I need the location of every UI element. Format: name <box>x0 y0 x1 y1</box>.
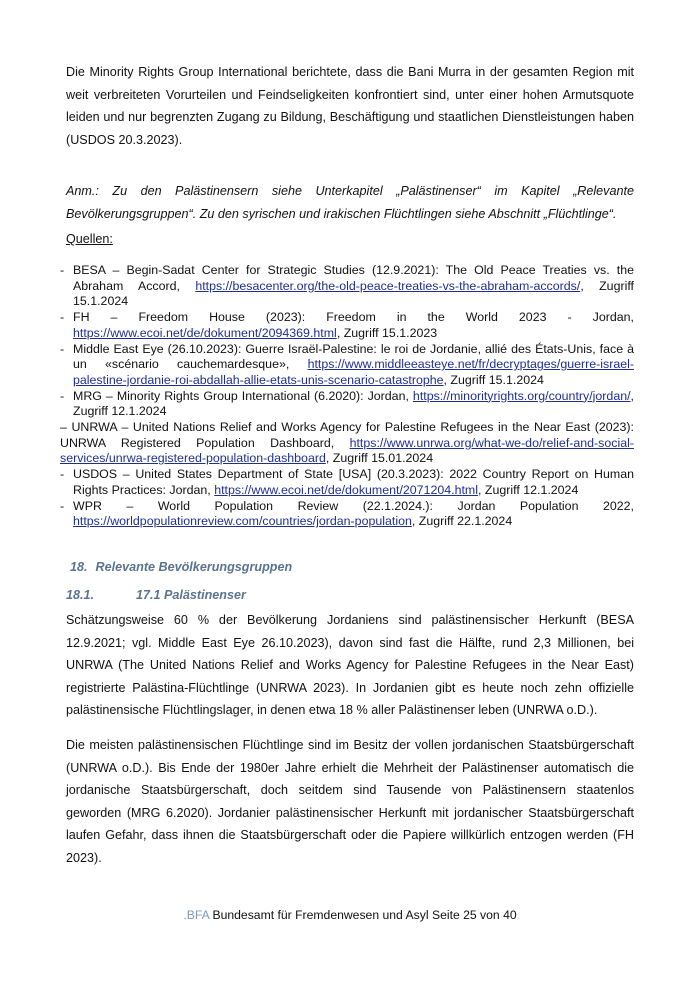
source-link[interactable]: https://worldpopulationreview.com/countr… <box>73 514 412 528</box>
sources-list: -BESA – Begin-Sadat Center for Strategic… <box>60 263 634 530</box>
source-access: , Zugriff 15.01.2024 <box>326 451 433 465</box>
sources-label: Quellen: <box>66 232 113 246</box>
editor-note: Anm.: Zu den Palästinensern siehe Unterk… <box>66 180 634 225</box>
body-paragraph-2: Die meisten palästinensischen Flüchtling… <box>66 734 634 870</box>
source-text: WPR – World Population Review (22.1.2024… <box>73 499 634 513</box>
subsection-title: 17.1 Palästinenser <box>136 588 246 602</box>
source-link[interactable]: https://minorityrights.org/country/jorda… <box>413 389 631 403</box>
document-page: Die Minority Rights Group International … <box>0 0 700 990</box>
section-title: Relevante Bevölkerungsgruppen <box>96 560 293 574</box>
bullet: - <box>60 467 64 483</box>
source-item: – UNRWA – United Nations Relief and Work… <box>60 420 634 467</box>
source-link[interactable]: https://besacenter.org/the-old-peace-tre… <box>195 279 580 293</box>
source-access: , Zugriff 15.1.2023 <box>337 326 437 340</box>
source-item: -FH – Freedom House (2023): Freedom in t… <box>60 310 634 341</box>
source-access: , Zugriff 22.1.2024 <box>412 514 512 528</box>
subsection-heading: 18.1.17.1 Palästinenser <box>66 588 246 602</box>
source-link[interactable]: https://www.ecoi.net/de/dokument/2071204… <box>214 483 478 497</box>
bullet: - <box>60 389 64 405</box>
source-access: , Zugriff 12.1.2024 <box>478 483 578 497</box>
bullet: - <box>60 499 64 515</box>
footer-text: Bundesamt für Fremdenwesen und Asyl Seit… <box>209 908 517 922</box>
bullet: - <box>60 310 64 326</box>
section-number: 18. <box>70 560 88 574</box>
bfa-logo: .BFA <box>183 908 209 922</box>
source-item: -MRG – Minority Rights Group Internation… <box>60 389 634 420</box>
source-item: -BESA – Begin-Sadat Center for Strategic… <box>60 263 634 310</box>
source-access: , Zugriff 15.1.2024 <box>444 373 544 387</box>
bullet: - <box>60 342 64 358</box>
subsection-number: 18.1. <box>66 588 136 602</box>
source-item: -USDOS – United States Department of Sta… <box>60 467 634 498</box>
body-paragraph-1: Schätzungsweise 60 % der Bevölkerung Jor… <box>66 609 634 722</box>
source-link[interactable]: https://www.ecoi.net/de/dokument/2094369… <box>73 326 337 340</box>
source-item: -WPR – World Population Review (22.1.202… <box>60 499 634 530</box>
source-text: FH – Freedom House (2023): Freedom in th… <box>73 310 634 324</box>
source-item: -Middle East Eye (26.10.2023): Guerre Is… <box>60 342 634 389</box>
source-text: MRG – Minority Rights Group Internationa… <box>73 389 413 403</box>
bullet: - <box>60 263 64 279</box>
section-heading: 18.Relevante Bevölkerungsgruppen <box>70 560 292 574</box>
intro-paragraph: Die Minority Rights Group International … <box>66 61 634 151</box>
page-footer: .BFA Bundesamt für Fremdenwesen und Asyl… <box>0 908 700 922</box>
bullet: – <box>60 420 67 434</box>
